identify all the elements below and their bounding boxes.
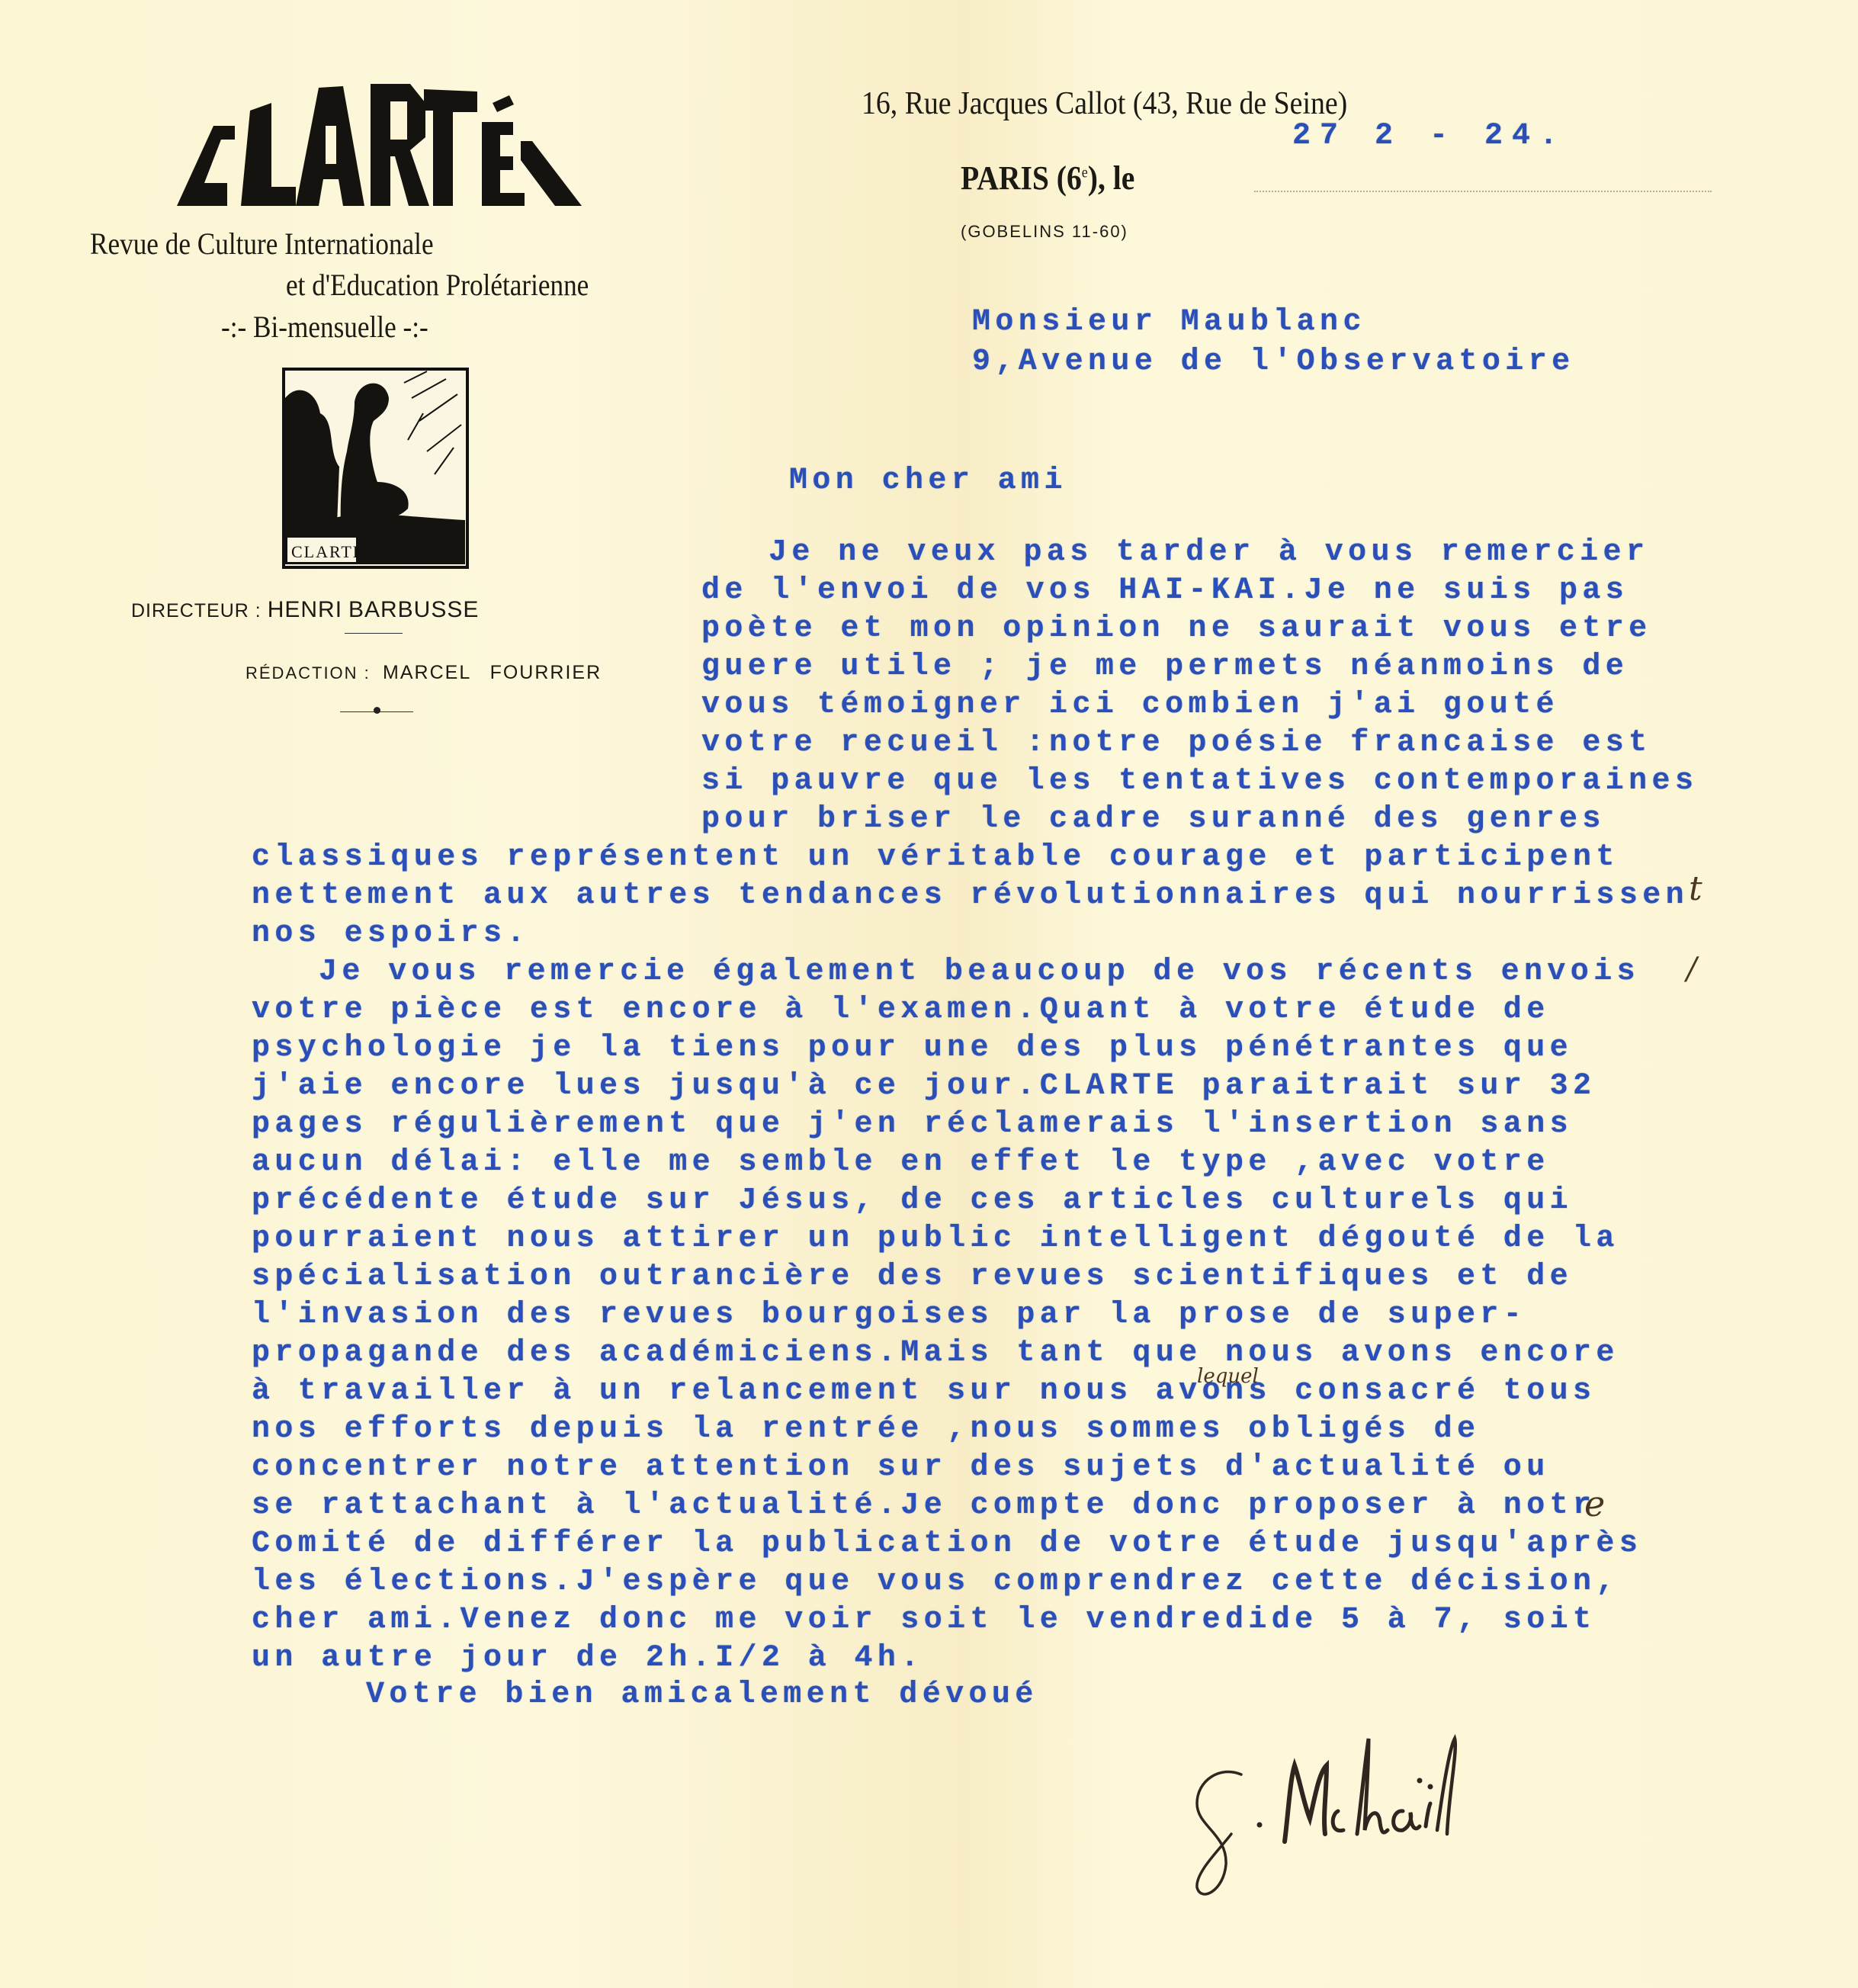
handwritten-correction: lequel bbox=[1197, 1365, 1259, 1388]
letter-date: 27 2 - 24. bbox=[1292, 119, 1567, 153]
body-line: pourraient nous attirer un public intell… bbox=[252, 1222, 1619, 1256]
body-line: Je vous remercie également beaucoup de v… bbox=[319, 955, 1640, 989]
editor-label: RÉDACTION : bbox=[245, 663, 371, 682]
body-line: nos espoirs. bbox=[252, 917, 530, 951]
letterhead-frequency: -:- Bi-mensuelle -:- bbox=[221, 309, 428, 345]
phone-number: (GOBELINS 11-60) bbox=[961, 222, 1128, 242]
body-line: Je ne veux pas tarder à vous remercier bbox=[769, 535, 1649, 570]
body-line: votre recueil :notre poésie francaise es… bbox=[701, 726, 1652, 760]
recipient-name: Monsieur Maublanc bbox=[972, 305, 1366, 339]
body-line: nettement aux autres tendances révolutio… bbox=[252, 878, 1689, 913]
greeting: Mon cher ami bbox=[789, 464, 1067, 498]
city-suffix: ), le bbox=[1088, 159, 1135, 197]
body-line: de l'envoi de vos HAI-KAI.Je ne suis pas bbox=[701, 573, 1629, 608]
body-line: spécialisation outrancière des revues sc… bbox=[252, 1260, 1573, 1294]
body-line: si pauvre que les tentatives contemporai… bbox=[701, 764, 1698, 798]
closing: Votre bien amicalement dévoué bbox=[366, 1678, 1038, 1712]
body-line: concentrer notre attention sur des sujet… bbox=[252, 1450, 1550, 1485]
body-line: votre pièce est encore à l'examen.Quant … bbox=[252, 993, 1550, 1027]
city-prefix: PARIS (6 bbox=[961, 159, 1082, 197]
body-line: aucun délai: elle me semble en effet le … bbox=[252, 1145, 1550, 1180]
date-dotted-line bbox=[1254, 191, 1712, 192]
body-line: précédente étude sur Jésus, de ces artic… bbox=[252, 1183, 1573, 1218]
handwritten-correction: t bbox=[1689, 869, 1702, 908]
body-line: l'invasion des revues bourgoises par la … bbox=[252, 1298, 1526, 1332]
director-line: DIRECTEUR : HENRI BARBUSSE bbox=[131, 597, 479, 623]
handwritten-signature bbox=[1174, 1720, 1555, 1910]
body-line: nos efforts depuis la rentrée ,nous somm… bbox=[252, 1412, 1480, 1447]
body-line: j'aie encore lues jusqu'à ce jour.CLARTE… bbox=[252, 1069, 1596, 1103]
editor-line: RÉDACTION : MARCEL FOURRIER bbox=[245, 662, 602, 684]
body-line: cher ami.Venez donc me voir soit le vend… bbox=[252, 1603, 1596, 1637]
body-line: Comité de différer la publication de vot… bbox=[252, 1527, 1642, 1561]
city-line: PARIS (6e), le bbox=[961, 159, 1134, 198]
letterhead-subtitle-2: et d'Education Prolétarienne bbox=[286, 267, 589, 303]
body-line: pour briser le cadre suranné des genres bbox=[701, 802, 1606, 837]
ornament-dot bbox=[374, 707, 380, 714]
recipient-address: 9,Avenue de l'Observatoire bbox=[972, 345, 1575, 379]
handwritten-correction: / bbox=[1686, 952, 1696, 987]
body-line: psychologie je la tiens pour une des plu… bbox=[252, 1031, 1573, 1065]
body-line: à travailler à un relancement sur nous a… bbox=[252, 1374, 1596, 1408]
vignette-illustration: CLARTÉ bbox=[282, 368, 469, 569]
editor-last-name: FOURRIER bbox=[490, 662, 602, 683]
body-line: classiques représentent un véritable cou… bbox=[252, 840, 1619, 875]
body-line: vous témoigner ici combien j'ai gouté bbox=[701, 688, 1559, 722]
publisher-address: 16, Rue Jacques Callot (43, Rue de Seine… bbox=[862, 85, 1347, 122]
body-line: un autre jour de 2h.I/2 à 4h. bbox=[252, 1641, 924, 1675]
body-line: guere utile ; je me permets néanmoins de bbox=[701, 650, 1629, 684]
director-first-name: HENRI bbox=[268, 597, 342, 622]
director-last-name: BARBUSSE bbox=[348, 597, 479, 622]
body-line: se rattachant à l'actualité.Je compte do… bbox=[252, 1489, 1596, 1523]
ornament-divider bbox=[345, 633, 403, 634]
letterhead-subtitle-1: Revue de Culture Internationale bbox=[90, 226, 434, 262]
body-line: les élections.J'espère que vous comprend… bbox=[252, 1565, 1619, 1599]
vignette-caption: CLARTÉ bbox=[291, 542, 364, 561]
body-line: pages régulièrement que j'en réclamerais… bbox=[252, 1107, 1573, 1142]
body-line: propagande des académiciens.Mais tant qu… bbox=[252, 1336, 1619, 1370]
editor-first-name: MARCEL bbox=[383, 662, 471, 683]
clarte-logo bbox=[174, 80, 586, 210]
director-label: DIRECTEUR : bbox=[131, 600, 262, 621]
handwritten-correction: e bbox=[1584, 1483, 1605, 1524]
body-line: poète et mon opinion ne saurait vous etr… bbox=[701, 612, 1652, 646]
